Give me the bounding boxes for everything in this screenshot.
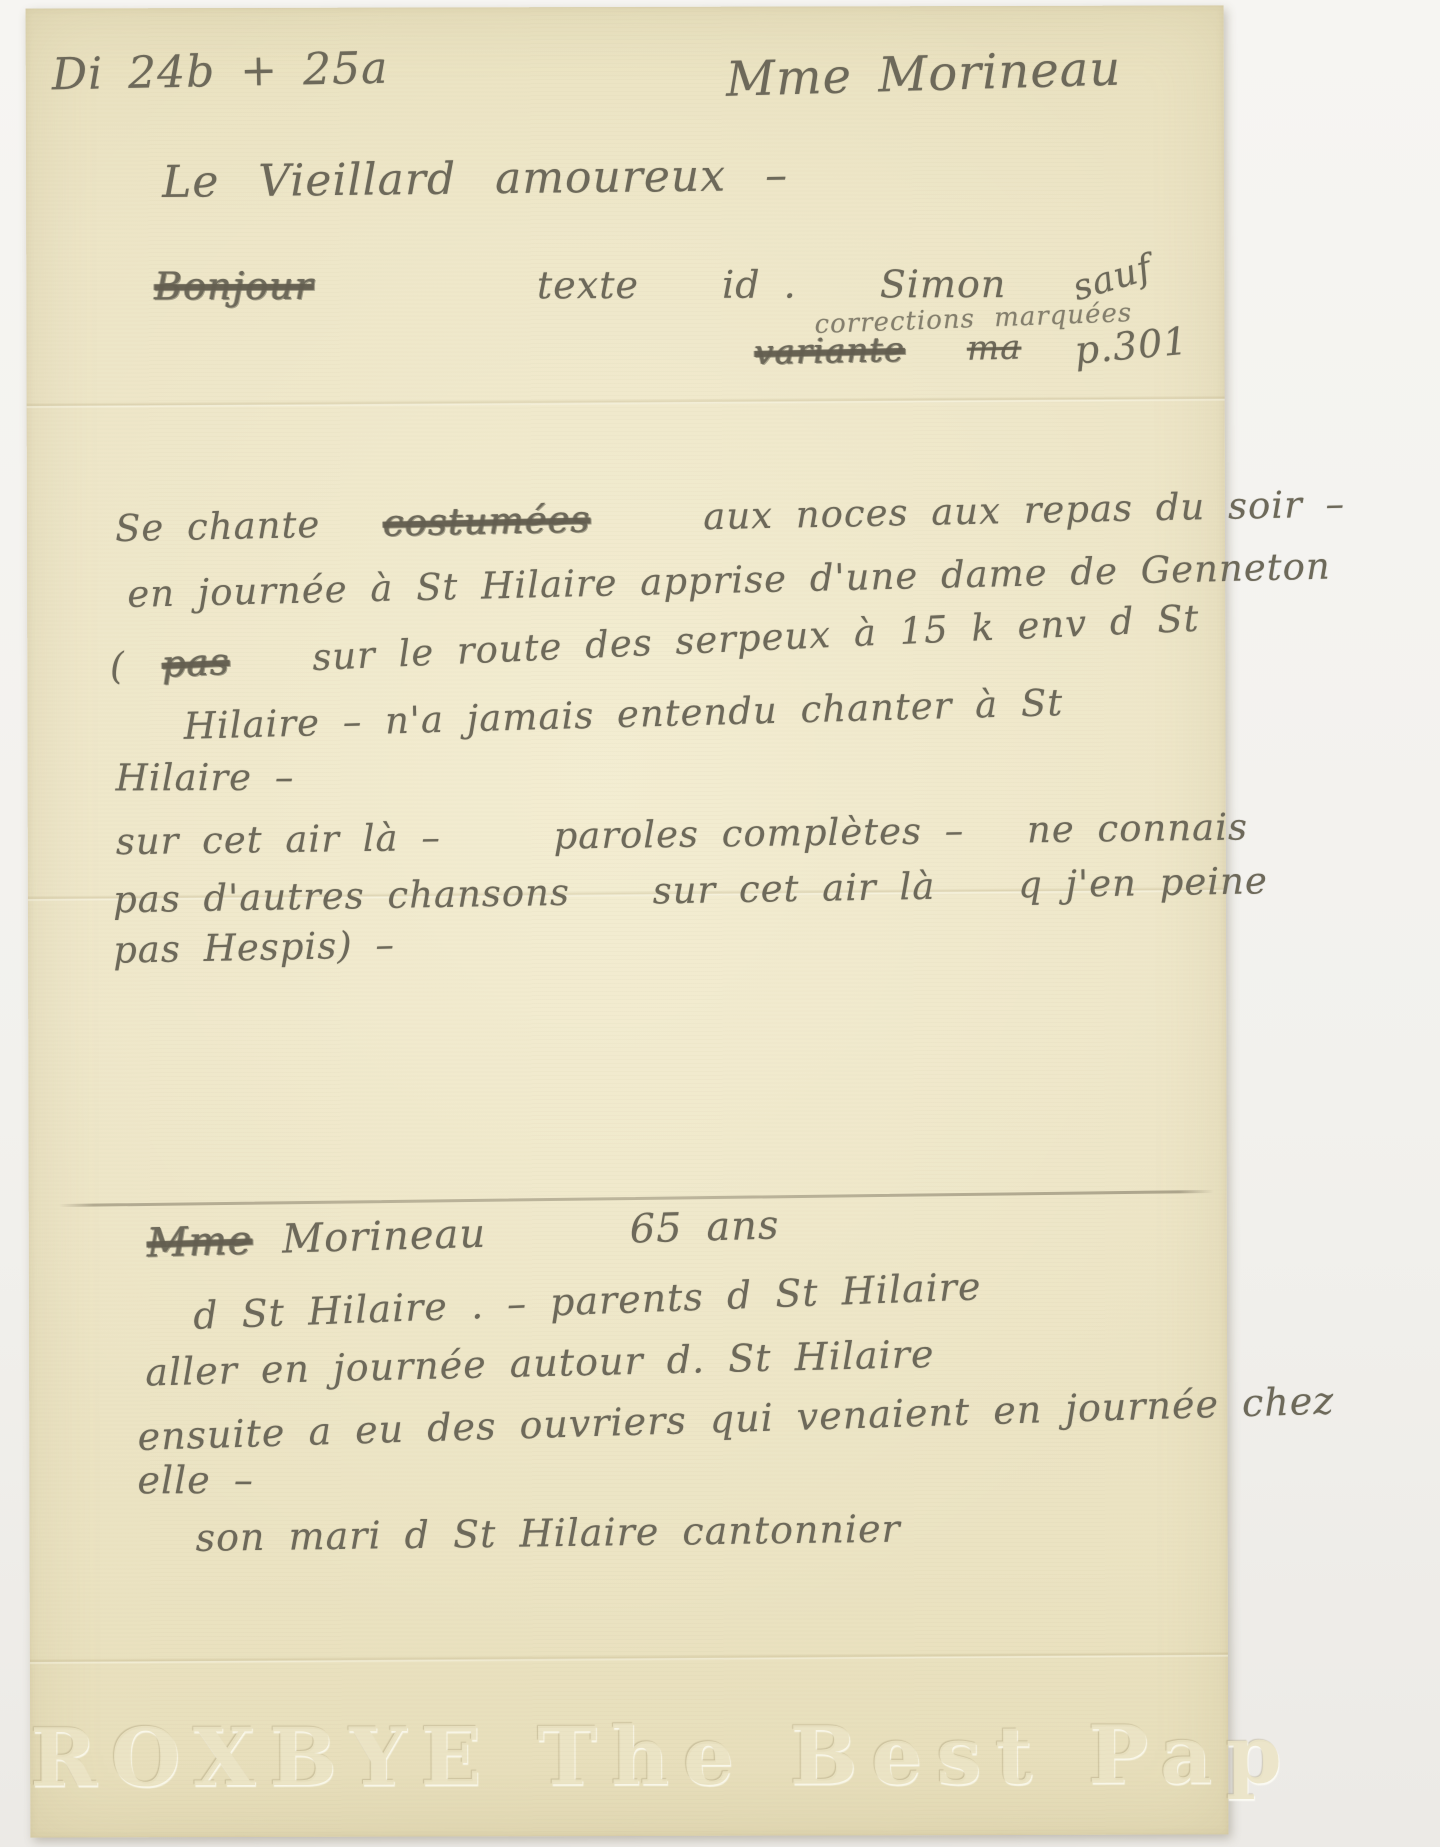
notes-line-6: son mari d St Hilaire cantonnier <box>195 1507 901 1560</box>
source-word-id: id . <box>722 263 797 307</box>
body-line-7a: pas d'autres chansons <box>113 871 571 922</box>
body-line-4: Hilaire – n'a jamais entendu chanter à S… <box>183 681 1064 748</box>
body-line-1: Se chante costumées aux noces aux repas … <box>115 482 1346 550</box>
source-word-simon: Simon <box>880 262 1007 306</box>
scribbled-word-mme: Mme <box>146 1218 253 1267</box>
variant-line: variante ma <box>754 328 1022 373</box>
scanned-manuscript-photo: { "document": { "kind": "handwritten fie… <box>0 0 1440 1847</box>
struck-word-variante: variante <box>754 330 905 373</box>
notes-line-3: aller en journée autour d. St Hilaire <box>145 1332 935 1395</box>
body-line-7: pas d'autres chansons sur cet air là q j… <box>113 859 1269 921</box>
song-title: Le Vieillard amoureux – <box>162 150 789 208</box>
body-line-7b: sur cet air là <box>652 865 935 913</box>
source-line: Bonjour texte id . Simon <box>154 262 1006 308</box>
embossed-watermark: ROXBYE The Best Pap <box>30 1707 1228 1804</box>
notes-line-1: Mme Morineau 65 ans <box>146 1202 780 1266</box>
struck-word-ma: ma <box>966 328 1021 369</box>
page-reference: p.301 <box>1073 319 1190 373</box>
body-line-1-rest: aux noces aux repas du soir – <box>703 482 1346 538</box>
notes-line-2: d St Hilaire . – parents d St Hilaire <box>192 1264 982 1338</box>
notes-line-4: ensuite a eu des ouvriers qui venaient e… <box>137 1378 1335 1459</box>
fold-crease-bottom <box>30 1651 1228 1664</box>
source-word-texte: texte <box>537 263 639 307</box>
body-line-7c: q j'en peine <box>1018 859 1268 906</box>
informant-age: 65 ans <box>629 1202 780 1252</box>
struck-word-costumees: costumées <box>383 498 591 545</box>
body-line-6c: ne connais <box>1027 805 1249 851</box>
body-line-6a: sur cet air là – <box>116 816 442 863</box>
body-line-8: pas Hespis) – <box>113 923 396 972</box>
body-line-6b: paroles complètes – <box>553 809 964 857</box>
pencil-divider-line <box>59 1190 1214 1207</box>
open-paren: ( <box>109 645 126 689</box>
informant-name-header: Mme Morineau <box>725 41 1122 108</box>
body-line-6: sur cet air là – paroles complètes – ne … <box>116 805 1249 863</box>
notes-line-5: elle – <box>137 1458 253 1502</box>
manuscript-paper-sheet: Di 24b + 25a Mme Morineau Le Vieillard a… <box>26 5 1229 1837</box>
informant-surname: Morineau <box>282 1211 487 1263</box>
struck-word-bonjour: Bonjour <box>154 264 314 308</box>
struck-word-pas: pas <box>161 640 231 686</box>
body-line-1-text: Se chante <box>115 503 321 550</box>
fold-crease-top <box>27 395 1225 408</box>
body-line-3-rest: sur le route des serpeux à 15 k env d St <box>311 597 1200 679</box>
catalog-reference: Di 24b + 25a <box>51 43 389 101</box>
body-line-5: Hilaire – <box>116 756 295 799</box>
